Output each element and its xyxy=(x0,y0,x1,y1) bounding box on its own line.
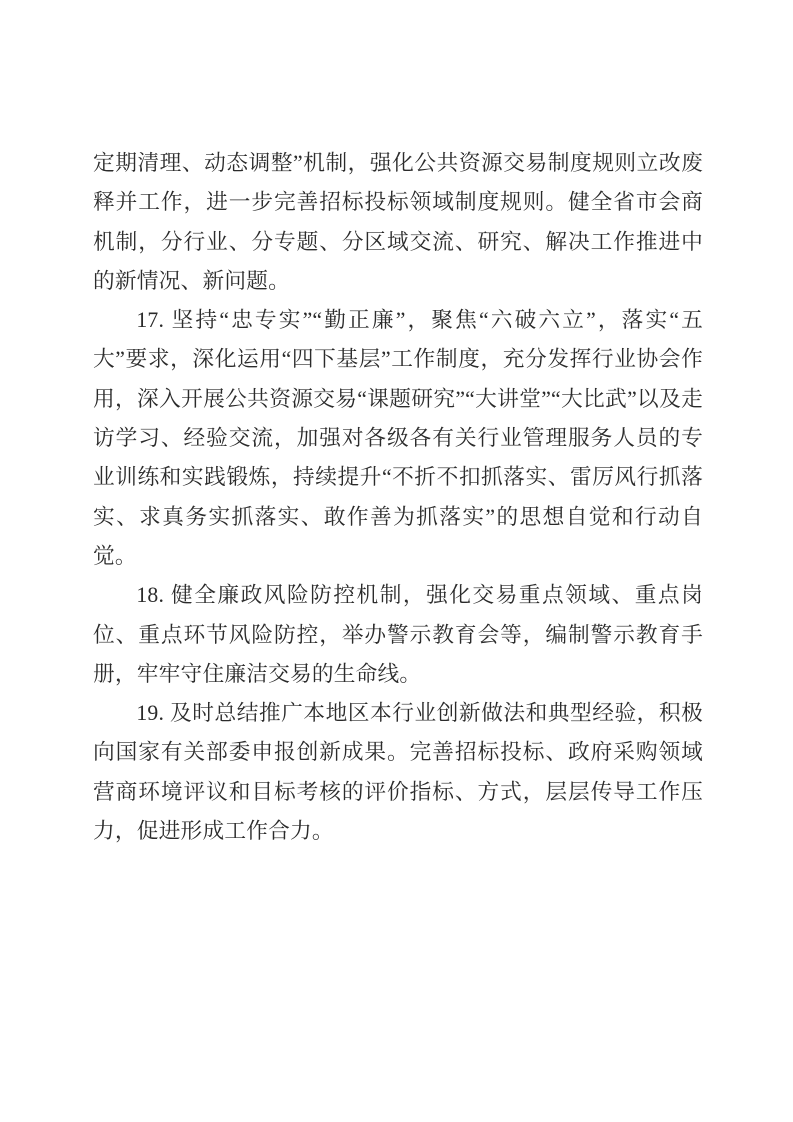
paragraph-item-18: 18. 健全廉政风险防控机制，强化交易重点领域、重点岗位、重点环节风险防控，举办… xyxy=(93,576,703,694)
document-text-block: 定期清理、动态调整”机制，强化公共资源交易制度规则立改废释并工作，进一步完善招标… xyxy=(93,144,703,851)
document-page: 定期清理、动态调整”机制，强化公共资源交易制度规则立改废释并工作，进一步完善招标… xyxy=(0,0,793,1122)
paragraph-item-17: 17. 坚持“忠专实”“勤正廉”，聚焦“六破六立”，落实“五大”要求，深化运用“… xyxy=(93,301,703,576)
paragraph-item-19: 19. 及时总结推广本地区本行业创新做法和典型经验，积极向国家有关部委申报创新成… xyxy=(93,694,703,851)
paragraph-continuation: 定期清理、动态调整”机制，强化公共资源交易制度规则立改废释并工作，进一步完善招标… xyxy=(93,144,703,301)
